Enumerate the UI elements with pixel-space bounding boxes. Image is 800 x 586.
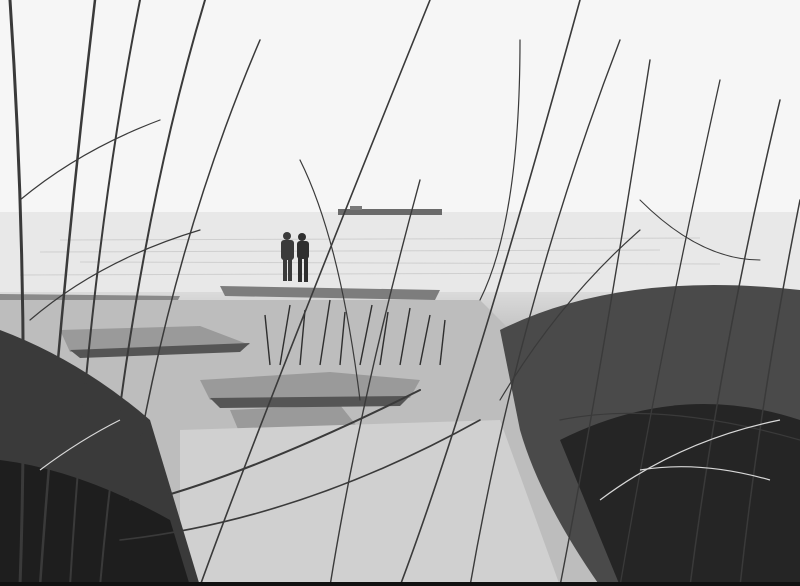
photograph [0, 0, 800, 586]
film-border [0, 582, 800, 586]
scene [0, 0, 800, 586]
sand-path [180, 420, 560, 586]
